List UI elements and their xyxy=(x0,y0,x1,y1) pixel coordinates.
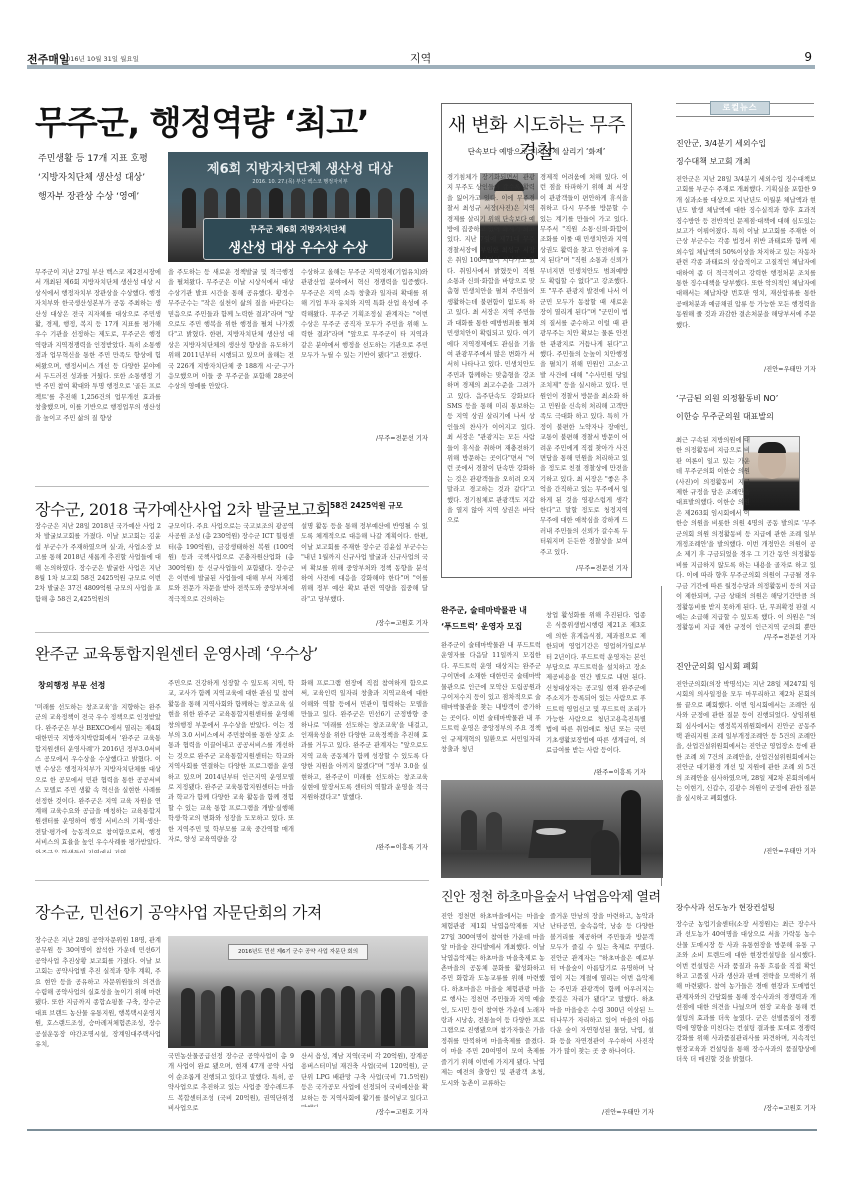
jangsu-apple-byline: /장수=고원호 기자 xyxy=(676,1103,816,1112)
headline-muju-council-line2: 이한승 무주군의원 대표발의 xyxy=(676,408,816,426)
jangsu-pledge-col2: 국민농산물공급선정 장수군 공약사업이 총 9개 사업이 완료 됐으며, 현재 … xyxy=(168,1052,294,1118)
jinan-tax-byline: /진안=우태만 기자 xyxy=(676,364,816,373)
headline-muju-council-line1: ‘구금된 의원 의정활동비 NO’ xyxy=(676,390,816,408)
jinan-concert-col2: 즐거운 만남의 장을 마련하고, 농악과 난타공연, 숲속음악, 낭송 등 다양… xyxy=(550,912,654,1107)
headline-jinan-council: 진안군의회 임시회 폐회 xyxy=(676,661,816,672)
local-news-badge: 로컬뉴스 xyxy=(710,101,770,115)
headline-wanju-food-truck: 완주군, 술테마박물관 내 ‘푸드트럭’ 운영자 모집 xyxy=(441,603,541,635)
headline-jinan-tax-line2: 징수대책 보고회 개최 xyxy=(676,153,816,171)
pledge-meeting-photo: 2016년도 민선 제6기 군수 공약 사업 자문단 회의 xyxy=(168,936,428,1048)
photo-banner: 무주군 제6회 지방자치단체 생산성 대상 우수상 수상 xyxy=(203,218,393,260)
jangsu-budget-label: 58건 2425억원 규모 xyxy=(330,500,403,511)
pledge-photo-banner: 2016년도 민선 제6기 군수 공약 사업 자문단 회의 xyxy=(228,944,368,960)
concert-photo xyxy=(441,780,663,878)
subhead-wanju-edu: 창의행정 부문 선정 xyxy=(38,680,105,691)
jangsu-budget-col3: 설명 활동 등을 통해 정부예산에 반영될 수 있도록 체계적으로 대응해 나갈… xyxy=(301,522,428,602)
article-divider xyxy=(35,632,429,633)
wanju-food-truck-col2: 창업 활성화를 위해 추진된다. 업종은 식품위생법시행령 제21조 제3호에 … xyxy=(546,611,646,767)
pledge-photo-people xyxy=(178,976,418,1046)
subhead-3: 행자부 장관상 수상 ‘영예’ xyxy=(38,188,178,207)
award-photo: 제6회 지방자치단체 생산성 대상 2016. 10. 27.(목) 부산 벡스… xyxy=(168,152,428,262)
article-divider xyxy=(35,486,429,487)
headline-jangsu-pledge: 장수군, 민선6기 공약사업 자문단회의 가져 xyxy=(35,900,435,923)
wanju-food-truck-byline: /완주=이흥록 기자 xyxy=(546,767,646,776)
jinan-council-byline: /진안=우태만 기자 xyxy=(676,846,816,855)
muju-police-col2: 경제적 어려움에 처해 있다. 이런 점을 타파하기 위해 최 서장이 관광객들… xyxy=(540,173,628,563)
wanju-edu-col3: 화해 프로그램 현장에 직접 참여하게 함으로써, 교육인력 일자리 창출과 지… xyxy=(301,679,428,841)
muju-council-byline: /무주=전문선 기자 xyxy=(676,632,816,641)
header-rule xyxy=(27,65,815,69)
jangsu-budget-col2: 규모이다. 주요 사업으로는 국고보조의 광공역 사공원 조성 (총 230억원… xyxy=(168,522,294,617)
wanju-edu-byline: /완주=이흥록 기자 xyxy=(301,842,428,851)
jinan-concert-byline: /진안=우태만 기자 xyxy=(550,1107,654,1116)
headline-wanju-food-truck-line1: 완주군, 술테마박물관 내 xyxy=(441,603,541,619)
headline-jangsu-budget: 장수군, 2018 국가예산사업 2차 발굴보고회 xyxy=(35,497,325,520)
jinan-council-body: 진안군의회(의장 박명석)는 지난 28일 제247회 임시회의 의사일정을 모… xyxy=(676,680,816,846)
section-title: 지역 xyxy=(410,50,431,66)
right-top-rule-2 xyxy=(676,116,814,117)
headline-wanju-food-truck-line2: ‘푸드트럭’ 운영자 모집 xyxy=(441,619,541,635)
muju-council-body: 최근 구속된 지방의원에 대한 의정활동비 지급으로 비판 여론이 일고 있는 … xyxy=(676,436,816,631)
headline-wanju-edu: 완주군 교육통합지원센터 운영사례 ‘우수상’ xyxy=(35,642,435,664)
page-number: 9 xyxy=(804,50,812,64)
headline-jinan-tax: 진안군, 3/4분기 세외수입 징수대책 보고회 개최 xyxy=(676,135,816,171)
jinan-concert-col1: 진안 정천면 하초마을에서는 마을숲 체험관광 제1회 낙엽음악제를 지난 27… xyxy=(441,912,545,1117)
photo-stage-title: 제6회 지방자치단체 생산성 대상 xyxy=(180,158,420,177)
wanju-edu-col2: 주민으로 건강하게 성장할 수 있도록 지역, 학교, 교사가 함께 지역교육에… xyxy=(168,679,294,853)
photo-people xyxy=(178,188,418,216)
muju-police-col1: 경기침체가 장기화되면서 관광지 무주도 상인들이 갈수록 활력을 잃어가고 있… xyxy=(447,173,535,571)
local-news-label: 로컬뉴스 xyxy=(711,102,769,114)
jangsu-apple-body: 장수군 농업기술센터(소장 서정원)는 최근 장수사과 선도농가 40여명을 대… xyxy=(676,920,816,1100)
jangsu-pledge-byline: /장수=고원호 기자 xyxy=(301,1107,428,1116)
headline-jinan-tax-line1: 진안군, 3/4분기 세외수입 xyxy=(676,135,816,153)
headline-jinan-concert: 진안 정천 하초마을숲서 낙엽음악제 열려 xyxy=(441,886,663,905)
headline-muju-admin: 무주군, 행정역량 ‘최고’ xyxy=(35,97,435,144)
jangsu-pledge-col1: 장수군은 지난 28일 공약자문위원 18명, 관계공무원 등 30여명이 참석… xyxy=(35,936,161,1116)
muju-admin-byline: /무주=전문선 기자 xyxy=(301,433,428,442)
issue-date: 2016년 10월 31일 월요일 xyxy=(62,54,139,63)
muju-admin-col2: 을 주도하는 등 새로운 정책발굴 및 적극행정을 펼쳐왔다. 무주군은 이날 … xyxy=(168,268,294,443)
photo-banner-line2: 생산성 대상 우수상 수상 xyxy=(204,237,392,256)
jangsu-budget-byline: /장수=고원호 기자 xyxy=(301,618,428,627)
wanju-edu-col1: '미래를 선도하는 창조교육'을 지향하는 완주군의 교육정책이 전국 우수 정… xyxy=(35,703,161,853)
muju-admin-col1: 무주군이 지난 27일 부산 벡스코 제2전시장에서 개최된 제6회 지방자치단… xyxy=(35,268,161,443)
footer-rule xyxy=(27,1129,817,1131)
headline-jangsu-apple: 장수사과 선도농가 현장컨설팅 xyxy=(676,902,816,913)
subheads-muju-admin: 주민생활 등 17개 지표 호평 ‘지방자치단체 생산성 대상’ 행자부 장관상… xyxy=(38,150,178,207)
subhead-2: ‘지방자치단체 생산성 대상’ xyxy=(38,169,178,188)
headline-muju-council: ‘구금된 의원 의정활동비 NO’ 이한승 무주군의원 대표발의 xyxy=(676,390,816,426)
jangsu-budget-col1: 장수군은 지난 28일 2018년 국가예산 사업 2차 발굴보고회를 가졌다.… xyxy=(35,522,161,617)
photo-banner-line1: 무주군 제6회 지방자치단체 xyxy=(204,224,392,235)
subhead-muju-police: 단속보다 예방으로 지역경제 살리기 ‘화제’ xyxy=(441,146,632,157)
subhead-1: 주민생활 등 17개 지표 호평 xyxy=(38,150,178,169)
jinan-tax-body: 진안군은 지난 28일 3/4분기 세외수입 징수대책보고회를 부군수 주재로 … xyxy=(676,175,816,360)
photo-stage-date: 2016. 10. 27.(목) 부산 벡스코 행정자치부 xyxy=(180,178,420,185)
jangsu-pledge-col3: 산서 읍성, 계남 지역(국비 각 20억원), 장계공용버스터미널 재건축 사… xyxy=(301,1052,428,1107)
muju-police-byline: /무주=전문선 기자 xyxy=(540,563,628,572)
muju-admin-col3: 수상하고 올해는 무주군 지역경제(기업유치)와 관광산업 분야에서 혁신 경쟁… xyxy=(301,268,428,433)
article-divider xyxy=(35,880,429,881)
wanju-food-truck-col1: 완주군이 술테마박물관 내 푸드트럭 운영자를 다음달 11일까지 모집한다. … xyxy=(441,641,541,771)
